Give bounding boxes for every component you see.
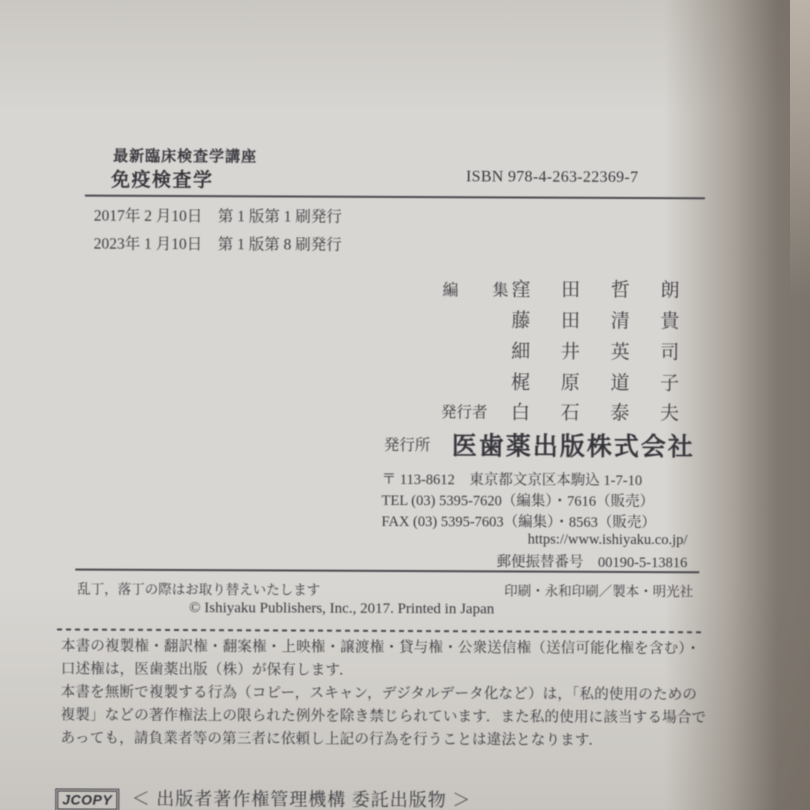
publisher-name: 医歯薬出版株式会社 — [452, 426, 695, 463]
colophon-page: 最新臨床検査学講座 免疫検査学 ISBN 978-4-263-22369-7 2… — [0, 0, 810, 810]
printing-line: 2017年 2 月10日 第 1 版第 1 刷発行 — [94, 203, 342, 232]
isbn: ISBN 978-4-263-22369-7 — [466, 168, 638, 187]
book-title: 免疫検査学 — [111, 165, 214, 192]
issuer-label: 発行者 — [441, 400, 488, 422]
editors-list: 窪 田 哲 朗 藤 田 清 貴 細 井 英 司 梶 原 道 子 — [511, 274, 680, 399]
jcopy-text: ＜ 出版者著作権管理機構 委託出版物 ＞ — [132, 789, 472, 810]
issuer-name: 白 石 泰 夫 — [511, 397, 679, 425]
editor-name: 窪 田 哲 朗 — [511, 274, 679, 306]
printing-history: 2017年 2 月10日 第 1 版第 1 刷発行 2023年 1 月10日 第… — [94, 203, 342, 259]
publisher-fax: FAX (03) 5395-7603（編集）・8563（販売） — [381, 510, 656, 532]
publisher-address: 〒 113-8612 東京都文京区本駒込 1-7-10 — [382, 468, 643, 490]
jcopy-logo: JCOPY — [55, 789, 119, 810]
editor-name: 梶 原 道 子 — [511, 367, 679, 399]
rights-paragraph-1: 本書の複製権・翻訳権・翻案権・上映権・譲渡権・貸与権・公衆送信権（送信可能化権を… — [61, 636, 709, 685]
rights-box: 本書の複製権・翻訳権・翻案権・上映権・譲渡権・貸与権・公衆送信権（送信可能化権を… — [60, 636, 708, 754]
rights-paragraph-2: 本書を無断で複製する行為（コピー，スキャン，デジタルデータ化など）は，「私的使用… — [60, 682, 708, 754]
book-colophon-photo: 最新臨床検査学講座 免疫検査学 ISBN 978-4-263-22369-7 2… — [0, 0, 810, 810]
editor-name: 細 井 英 司 — [511, 336, 679, 368]
editors-label: 編 集 — [442, 277, 508, 300]
printing-credit: 印刷・永和印刷／製本・明光社 — [504, 579, 693, 600]
postal-transfer-number: 郵便振替番号 00190-5-13816 — [496, 550, 687, 572]
replacement-notice: 乱丁，落丁の際はお取り替えいたします — [77, 578, 320, 599]
divider-top — [85, 195, 705, 200]
series-title: 最新臨床検査学講座 — [113, 145, 257, 167]
copyright-line: © Ishiyaku Publishers, Inc., 2017. Print… — [189, 600, 494, 618]
printing-line: 2023年 1 月10日 第 1 版第 8 刷発行 — [94, 230, 342, 259]
publisher-label: 発行所 — [384, 433, 431, 455]
publisher-url: https://www.ishiyaku.co.jp/ — [528, 532, 688, 550]
jcopy-line: JCOPY ＜ 出版者著作権管理機構 委託出版物 ＞ — [55, 784, 471, 810]
editor-name: 藤 田 清 貴 — [511, 305, 679, 337]
publisher-tel: TEL (03) 5395-7620（編集）・7616（販売） — [382, 489, 655, 511]
divider-dashed — [57, 628, 703, 633]
